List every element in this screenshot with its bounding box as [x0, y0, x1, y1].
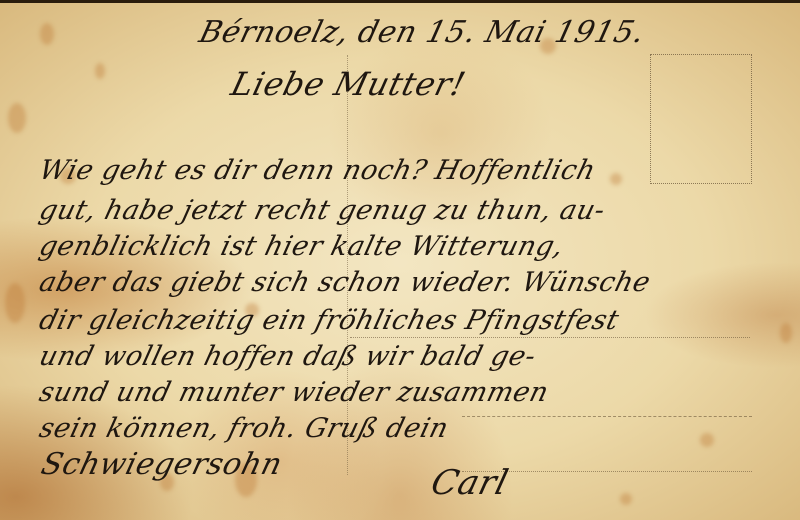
stain [610, 173, 622, 185]
stain [620, 493, 632, 505]
body-line: gut, habe jetzt recht genug zu thun, au- [36, 195, 608, 226]
center-divider [347, 55, 348, 475]
postcard: Bérnoelz, den 15. Mai 1915. Liebe Mutter… [0, 0, 800, 520]
signature: Carl [427, 463, 512, 503]
body-line: dir gleichzeitig ein fröhliches Pfingstf… [36, 305, 622, 336]
stamp-box [650, 54, 752, 184]
address-line [462, 416, 752, 417]
salutation: Liebe Mutter! [227, 65, 469, 103]
address-line [350, 337, 750, 338]
closing-line: Schwiegersohn [38, 447, 286, 482]
body-line: und wollen hoffen daß wir bald ge- [36, 341, 539, 372]
body-line: sund und munter wieder zusammen [36, 377, 552, 408]
stain [8, 103, 26, 133]
place-date: Bérnoelz, den 15. Mai 1915. [196, 15, 649, 50]
stain [40, 23, 54, 45]
stain [95, 63, 105, 79]
stain [700, 433, 714, 447]
body-line: genblicklich ist hier kalte Witterung, [36, 231, 567, 262]
stain [780, 323, 792, 343]
stain [5, 283, 25, 323]
body-line: sein können, froh. Gruß dein [36, 413, 452, 444]
body-line: Wie geht es dir denn noch? Hoffentlich [36, 155, 599, 186]
body-line: aber das giebt sich schon wieder. Wünsch… [36, 267, 654, 298]
